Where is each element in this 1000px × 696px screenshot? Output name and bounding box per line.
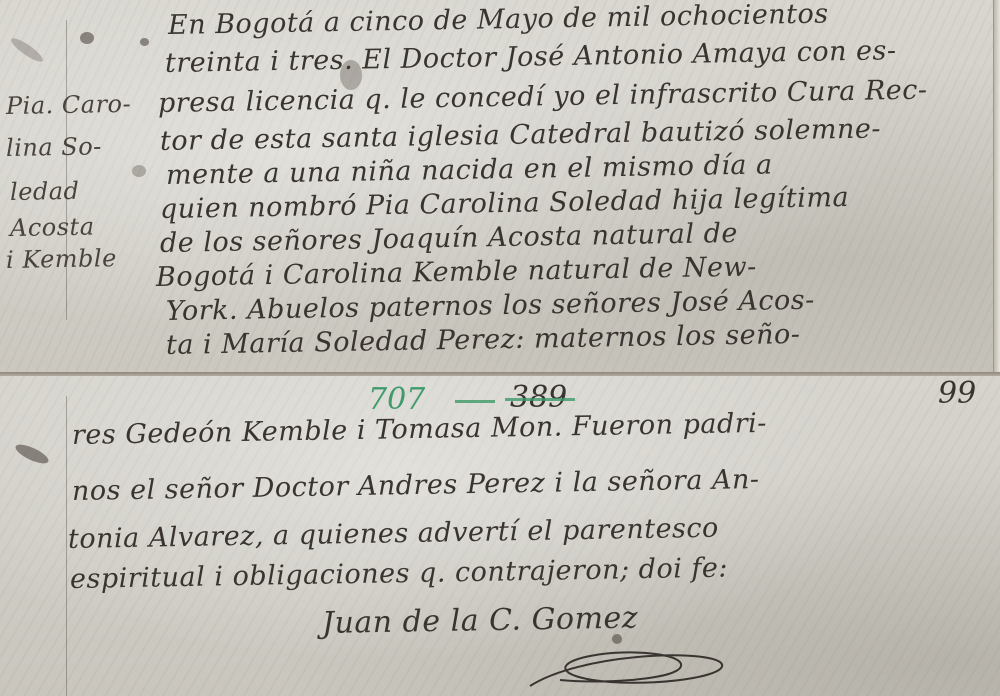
ink-blot (140, 38, 149, 46)
margin-note-line: i Kemble (6, 244, 117, 274)
record-line: nos el señor Doctor Andres Perez i la se… (72, 464, 760, 507)
ink-blot (9, 35, 46, 65)
record-line: espiritual i obligaciones q. contrajeron… (70, 553, 729, 595)
margin-rule (66, 396, 67, 696)
margin-note-line: Acosta (10, 213, 95, 242)
record-line: res Gedeón Kemble i Tomasa Mon. Fueron p… (72, 408, 767, 451)
record-line: presa licencia q. le concedí yo el infra… (158, 75, 928, 119)
record-line: tonia Alvarez, a quienes advertí el pare… (68, 513, 719, 555)
green-dash (455, 400, 495, 403)
margin-note-line: ledad (10, 177, 80, 206)
bottom-page-fragment: 707 389 99 res Gedeón Kemble i Tomasa Mo… (0, 376, 1000, 696)
folio-number: 99 (938, 376, 976, 411)
strikethrough-line (505, 398, 575, 401)
archive-stamp-number: 707 (368, 382, 425, 417)
page-edge (993, 0, 1000, 372)
record-line: En Bogotá a cinco de Mayo de mil ochocie… (168, 0, 829, 41)
top-page-fragment: Pia. Caro- lina So- ledad Acosta i Kembl… (0, 0, 1000, 372)
margin-note-line: lina So- (6, 132, 102, 162)
ink-blot (132, 165, 146, 177)
record-line: treinta i tres. El Doctor José Antonio A… (165, 35, 897, 79)
ink-blot (80, 32, 94, 44)
margin-rule (66, 20, 67, 320)
signature-flourish (520, 624, 740, 694)
record-line: tor de esta santa iglesia Catedral bauti… (160, 113, 882, 157)
margin-note-line: Pia. Caro- (6, 90, 132, 120)
ink-blot (13, 441, 51, 467)
